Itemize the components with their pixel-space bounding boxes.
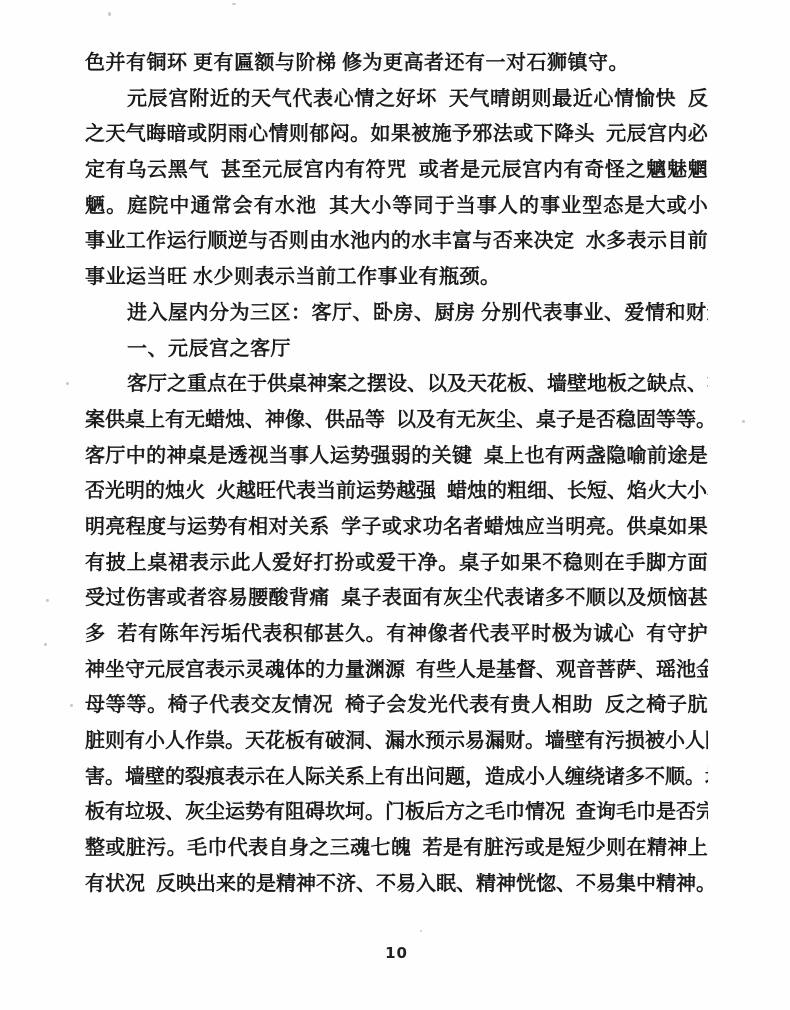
scan-speck <box>66 382 69 385</box>
page-number: 10 <box>85 944 708 962</box>
scan-speck <box>44 643 47 646</box>
text-line: 板有垃圾、灰尘运势有阻碍坎坷。门板后方之毛巾情况查询毛巾是否完 <box>85 795 708 831</box>
text-line: 害。墙壁的裂痕表示在人际关系上有出问题，造成小人缠绕诸多不顺。地 <box>85 760 708 796</box>
text-line: 有状况反映出来的是精神不济、不易入眠、精神恍惚、不易集中精神。 <box>85 867 708 903</box>
text-line: 神坐守元辰宫表示灵魂体的力量渊源有些人是基督、观音菩萨、瑶池金 <box>85 653 708 689</box>
text-line: 脏则有小人作祟。天花板有破洞、漏水预示易漏财。墙壁有污损被小人陷 <box>85 724 708 760</box>
text-line: 色并有铜环 更有匾额与阶梯 修为更高者还有一对石狮镇守。 <box>85 46 708 82</box>
text-line: 否光明的烛火火越旺代表当前运势越强蜡烛的粗细、长短、焰火大小、 <box>85 474 708 510</box>
body-text: 色并有铜环 更有匾额与阶梯 修为更高者还有一对石狮镇守。元辰宫附近的天气代表心情… <box>85 46 708 903</box>
scanned-book-page: 色并有铜环 更有匾额与阶梯 修为更高者还有一对石狮镇守。元辰宫附近的天气代表心情… <box>0 0 790 1010</box>
scan-speck <box>46 599 49 602</box>
text-line: 元辰宫附近的天气代表心情之好坏天气晴朗则最近心情愉快反 <box>85 82 708 118</box>
text-line: 一、元辰宫之客厅 <box>85 332 708 368</box>
scan-speck <box>742 420 745 423</box>
text-line: 多若有陈年污垢代表积郁甚久。有神像者代表平时极为诚心有守护 <box>85 617 708 653</box>
text-line: 事业运当旺 水少则表示当前工作事业有瓶颈。 <box>85 260 708 296</box>
text-line: 客厅之重点在于供桌神案之摆设、以及天花板、墙壁地板之缺点、神 <box>85 367 708 403</box>
text-line: 有披上桌裙表示此人爱好打扮或爱干净。桌子如果不稳则在手脚方面 <box>85 546 708 582</box>
text-line: 受过伤害或者容易腰酸背痛桌子表面有灰尘代表诸多不顺以及烦恼甚 <box>85 581 708 617</box>
text-line: 定有乌云黑气甚至元辰宫内有符咒或者是元辰宫内有奇怪之魑魅魍 <box>85 153 708 189</box>
text-line: 案供桌上有无蜡烛、神像、供品等以及有无灰尘、桌子是否稳固等等。 <box>85 403 708 439</box>
text-line: 整或脏污。毛巾代表自身之三魂七魄若是有脏污或是短少则在精神上 <box>85 831 708 867</box>
text-line: 明亮程度与运势有相对关系学子或求功名者蜡烛应当明亮。供桌如果 <box>85 510 708 546</box>
text-line: 进入屋内分为三区：客厅、卧房、厨房 分别代表事业、爱情和财运。 <box>85 296 708 332</box>
text-line: 之天气晦暗或阴雨心情则郁闷。如果被施予邪法或下降头元辰宫内必 <box>85 117 708 153</box>
text-line: 魉。庭院中通常会有水池其大小等同于当事人的事业型态是大或小 <box>85 189 708 225</box>
text-line: 客厅中的神桌是透视当事人运势强弱的关键桌上也有两盏隐喻前途是 <box>85 439 708 475</box>
scan-speck <box>70 704 73 707</box>
scan-speck <box>232 3 236 5</box>
text-line: 母等等。椅子代表交友情况椅子会发光代表有贵人相助反之椅子肮 <box>85 688 708 724</box>
text-line: 事业工作运行顺逆与否则由水池内的水丰富与否来决定水多表示目前 <box>85 224 708 260</box>
scan-speck <box>420 930 422 932</box>
scan-speck <box>108 12 111 16</box>
